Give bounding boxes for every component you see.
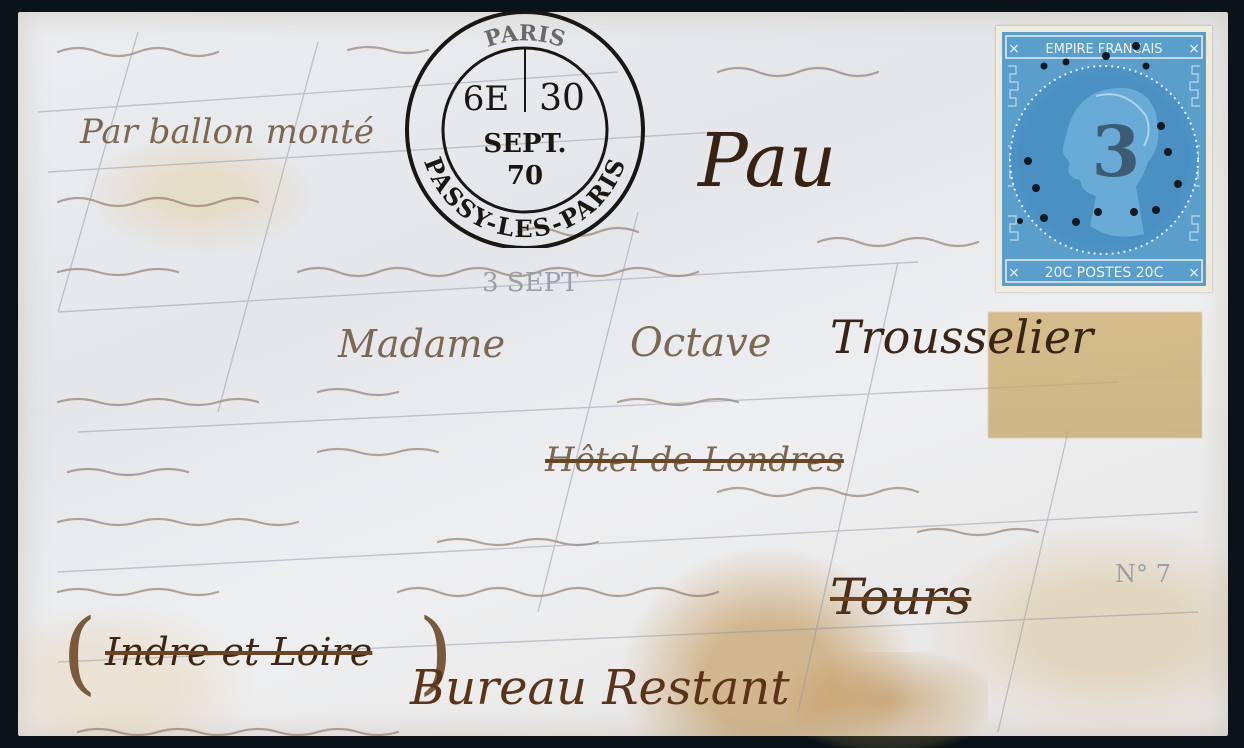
struck-department: Indre et Loire [105, 630, 372, 674]
postmark-year: 70 [507, 161, 543, 191]
stamp-corner-mark: × [1188, 41, 1200, 57]
struck-hotel-address: Hôtel de Londres [545, 440, 844, 480]
water-stain [788, 652, 988, 748]
bureau-restant-inscription: Bureau Restant [410, 660, 790, 716]
postmark-time: 6E [463, 79, 509, 119]
postmark-cancellation: PASSY-LES-PARIS PARIS 6E 30 SEPT. 70 [390, 12, 660, 248]
stamp-corner-mark: × [1188, 265, 1200, 281]
stamp-corner-mark: × [1008, 41, 1020, 57]
struck-city-tours: Tours [830, 568, 971, 626]
postmark-month: SEPT. [483, 129, 566, 159]
stamp-bottom-text: 20C POSTES 20C [1045, 265, 1164, 281]
pencil-number-note: N° 7 [1115, 560, 1171, 588]
pencil-reference-note: 3 SEPT [482, 268, 578, 298]
postage-stamp: EMPIRE FRANCAIS 20C POSTES 20C × × × × 3 [996, 26, 1212, 292]
destination-city-pau: Pau [698, 118, 836, 204]
parenthesis-left: ( [62, 600, 97, 705]
postmark-day: 30 [539, 78, 585, 119]
addressee-title: Madame [338, 322, 505, 366]
addressee-last-name: Trousselier [830, 310, 1093, 364]
routing-inscription: Par ballon monté [80, 112, 374, 152]
stamp-corner-mark: × [1008, 265, 1020, 281]
stamp-cancel-number: 3 [1092, 110, 1141, 193]
addressee-first-name: Octave [630, 320, 771, 366]
